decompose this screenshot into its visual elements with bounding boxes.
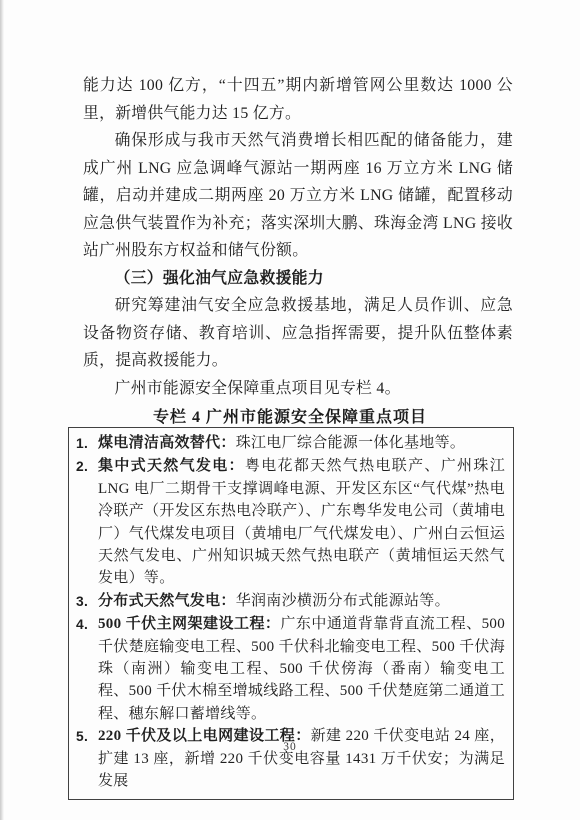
item-body: 集中式天然气发电：粤电花都天然气热电联产、广州珠江 LNG 电厂二期骨干支撑调峰… [98, 455, 505, 589]
item-text: 粤电花都天然气热电联产、广州珠江 LNG 电厂二期骨干支撑调峰电源、开发区东区“… [98, 458, 505, 586]
item-number: 4. [76, 613, 98, 725]
item-number: 2. [76, 455, 98, 589]
paragraph-lng-storage: 确保形成与我市天然气消费增长相匹配的储备能力，建成广州 LNG 应急调峰气源站一… [83, 127, 513, 265]
box-item-220kv-grid-projects: 5. 220 千伏及以上电网建设工程：新建 220 千伏变电站 24 座，扩建 … [76, 725, 505, 792]
item-label: 集中式天然气发电： [98, 458, 245, 474]
document-page: 能力达 100 亿方，“十四五”期内新增管网公里数达 1000 公里，新增供气能… [0, 0, 580, 820]
item-text: 华润南沙横沥分布式能源站等。 [236, 593, 450, 609]
item-label: 分布式天然气发电： [98, 593, 236, 609]
item-body: 500 千伏主网架建设工程：广东中通道背靠背直流工程、500 千伏楚庭输变电工程… [98, 613, 505, 725]
item-label: 煤电清洁高效替代： [98, 435, 236, 451]
item-text: 珠江电厂综合能源一体化基地等。 [236, 435, 466, 451]
item-number: 5. [76, 725, 98, 792]
box-item-500kv-grid-projects: 4. 500 千伏主网架建设工程：广东中通道背靠背直流工程、500 千伏楚庭输变… [76, 613, 505, 725]
paragraph-see-column-4: 广州市能源安全保障重点项目见专栏 4。 [83, 375, 513, 403]
document-body: 能力达 100 亿方，“十四五”期内新增管网公里数达 1000 公里，新增供气能… [83, 72, 513, 405]
paragraph-pipeline-capacity: 能力达 100 亿方，“十四五”期内新增管网公里数达 1000 公里，新增供气能… [83, 72, 513, 127]
item-number: 3. [76, 590, 98, 613]
section-heading: （三）强化油气应急救援能力 [83, 265, 513, 293]
box-item-distributed-gas-power: 3. 分布式天然气发电：华润南沙横沥分布式能源站等。 [76, 590, 505, 613]
item-body: 220 千伏及以上电网建设工程：新建 220 千伏变电站 24 座，扩建 13 … [98, 725, 505, 792]
paragraph-rescue-base: 研究筹建油气安全应急救援基地，满足人员作训、应急设备物资存储、教育培训、应急指挥… [83, 292, 513, 375]
item-number: 1. [76, 432, 98, 455]
box-item-centralized-gas-power: 2. 集中式天然气发电：粤电花都天然气热电联产、广州珠江 LNG 电厂二期骨干支… [76, 455, 505, 589]
page-number: 30 [0, 741, 580, 753]
box-item-coal-power-replacement: 1. 煤电清洁高效替代：珠江电厂综合能源一体化基地等。 [76, 432, 505, 455]
item-label: 500 千伏主网架建设工程： [98, 616, 280, 632]
item-body: 分布式天然气发电：华润南沙横沥分布式能源站等。 [98, 590, 505, 613]
item-body: 煤电清洁高效替代：珠江电厂综合能源一体化基地等。 [98, 432, 505, 455]
box-title: 专栏 4 广州市能源安全保障重点项目 [0, 404, 580, 427]
